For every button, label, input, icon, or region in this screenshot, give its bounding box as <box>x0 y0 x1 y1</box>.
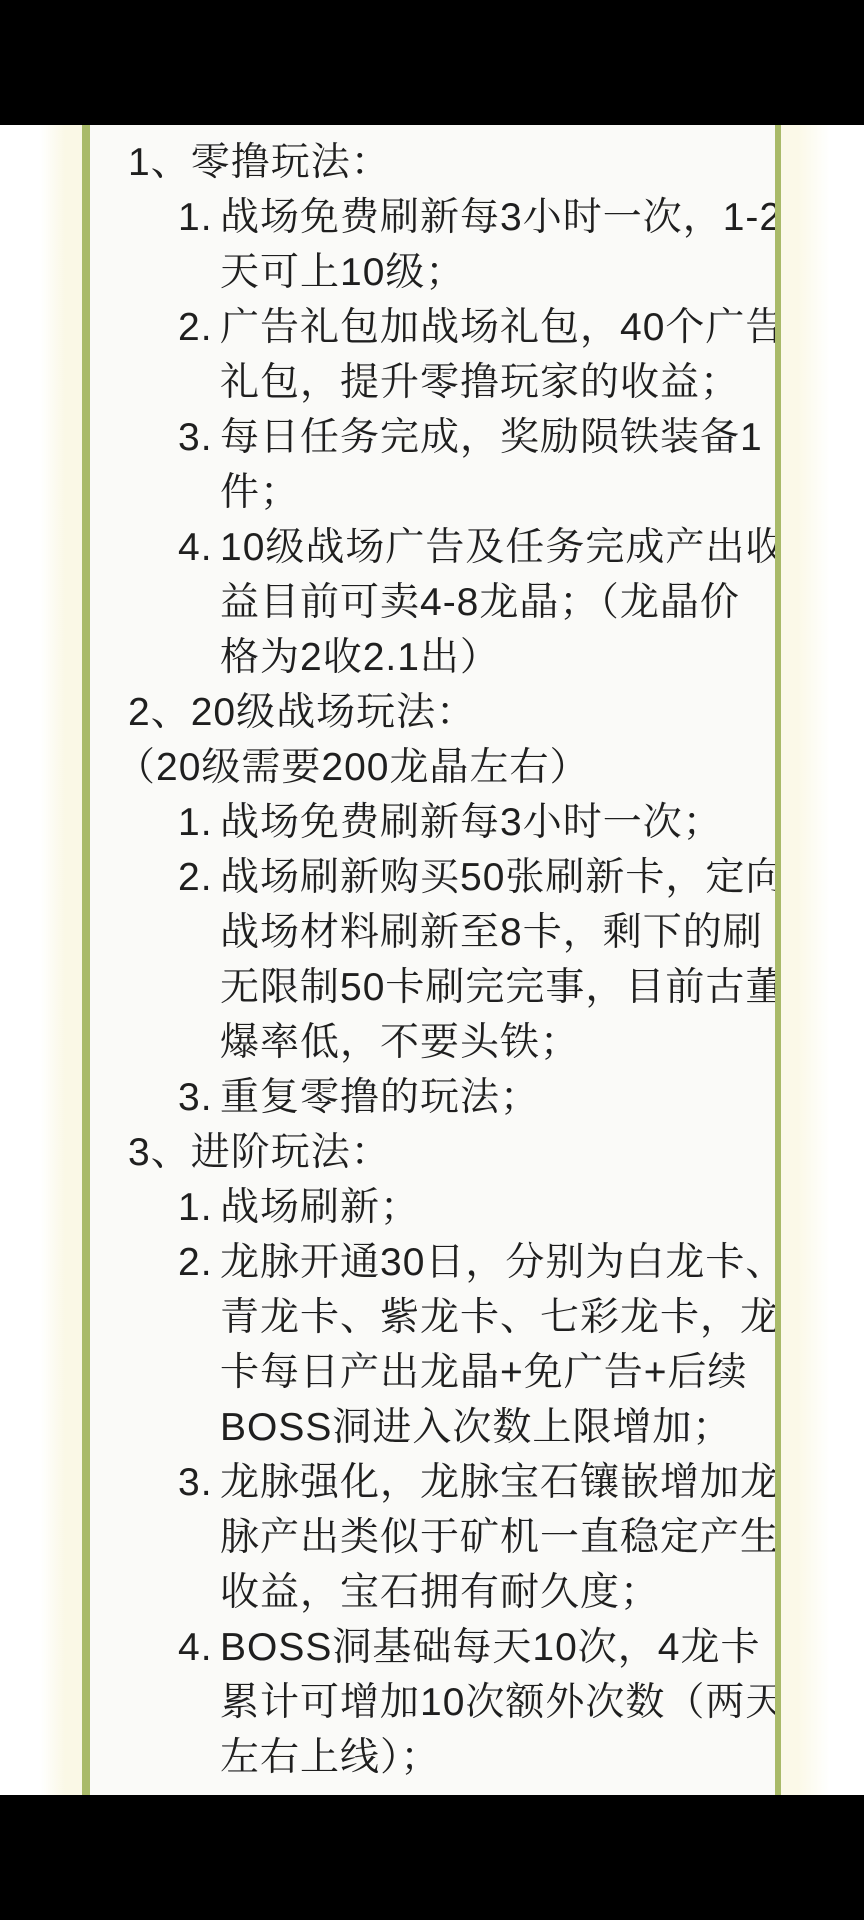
section-number: 3、 <box>128 1131 191 1174</box>
list-item-line: 礼包，提升零撸玩家的收益； <box>90 355 775 410</box>
list-item: 2.龙脉开通30日，分别为白龙卡、青龙卡、紫龙卡、七彩龙卡，龙卡每日产出龙晶+免… <box>90 1235 775 1455</box>
right-white-edge <box>830 125 864 1795</box>
list-item: 1.战场免费刷新每3小时一次； <box>90 795 775 850</box>
list-item: 1.战场免费刷新每3小时一次，1-2天可上10级； <box>90 190 775 300</box>
list-item: 3.重复零撸的玩法； <box>90 1070 775 1125</box>
list-item: 1.战场刷新； <box>90 1180 775 1235</box>
letterbox-bottom <box>0 1795 864 1920</box>
list-item-number: 1. <box>178 190 213 245</box>
list-item-number: 1. <box>178 1180 213 1235</box>
list-item: 3.每日任务完成，奖励陨铁装备1件； <box>90 410 775 520</box>
list-item-number: 2. <box>178 300 213 355</box>
section-title: 20级战场玩法： <box>191 691 476 734</box>
section-heading: 3、进阶玩法： <box>90 1125 775 1180</box>
page-band: 1、零撸玩法：1.战场免费刷新每3小时一次，1-2天可上10级；2.广告礼包加战… <box>0 125 864 1795</box>
section-heading: 2、20级战场玩法： <box>90 685 775 740</box>
list-item-line: BOSS洞进入次数上限增加； <box>90 1400 775 1455</box>
list-item: 4.10级战场广告及任务完成产出收益目前可卖4-8龙晶；（龙晶价格为2收2.1出… <box>90 520 775 685</box>
list-item-line: 累计可增加10次额外次数（两天 <box>90 1675 775 1730</box>
list-item-line: 益目前可卖4-8龙晶；（龙晶价 <box>90 575 775 630</box>
left-margin-strip <box>40 125 82 1795</box>
list-item-number: 4. <box>178 1620 213 1675</box>
list-item-number: 2. <box>178 850 213 905</box>
list-item-line: 天可上10级； <box>90 245 775 300</box>
list-item-line: 卡每日产出龙晶+免广告+后续 <box>90 1345 775 1400</box>
list-item-line: 脉产出类似于矿机一直稳定产生 <box>90 1510 775 1565</box>
list-item-number: 2. <box>178 1235 213 1290</box>
list-item-line: 格为2收2.1出） <box>90 630 775 685</box>
section-number: 2、 <box>128 691 191 734</box>
section-number: 1、 <box>128 141 191 184</box>
section-title: 进阶玩法： <box>191 1131 391 1174</box>
left-rule-line <box>82 125 90 1795</box>
left-white-edge <box>0 125 40 1795</box>
list-item-number: 3. <box>178 1455 213 1510</box>
list-item-line: 爆率低，不要头铁； <box>90 1015 775 1070</box>
document-content: 1、零撸玩法：1.战场免费刷新每3小时一次，1-2天可上10级；2.广告礼包加战… <box>90 125 775 1795</box>
section-note: （20级需要200龙晶左右） <box>90 740 775 795</box>
list-item-line: 青龙卡、紫龙卡、七彩龙卡，龙 <box>90 1290 775 1345</box>
section-title: 零撸玩法： <box>191 141 391 184</box>
list-item-line: 左右上线）； <box>90 1730 775 1785</box>
list-item-line: 件； <box>90 465 775 520</box>
right-margin-strip <box>781 125 830 1795</box>
section-heading: 1、零撸玩法： <box>90 135 775 190</box>
list-item-number: 4. <box>178 520 213 575</box>
list-item-number: 3. <box>178 1070 213 1125</box>
list-item: 2.广告礼包加战场礼包，40个广告礼包，提升零撸玩家的收益； <box>90 300 775 410</box>
list-item-number: 1. <box>178 795 213 850</box>
list-item: 2.战场刷新购买50张刷新卡，定向战场材料刷新至8卡，剩下的刷无限制50卡刷完完… <box>90 850 775 1070</box>
list-item-line: 无限制50卡刷完完事，目前古董 <box>90 960 775 1015</box>
list-item-line: 收益，宝石拥有耐久度； <box>90 1565 775 1620</box>
letterbox-top <box>0 0 864 125</box>
list-item-line: 战场材料刷新至8卡，剩下的刷 <box>90 905 775 960</box>
list-item: 3.龙脉强化，龙脉宝石镶嵌增加龙脉产出类似于矿机一直稳定产生收益，宝石拥有耐久度… <box>90 1455 775 1620</box>
list-item: 4.BOSS洞基础每天10次，4龙卡累计可增加10次额外次数（两天左右上线）； <box>90 1620 775 1785</box>
photo-frame: 1、零撸玩法：1.战场免费刷新每3小时一次，1-2天可上10级；2.广告礼包加战… <box>0 0 864 1920</box>
list-item-number: 3. <box>178 410 213 465</box>
